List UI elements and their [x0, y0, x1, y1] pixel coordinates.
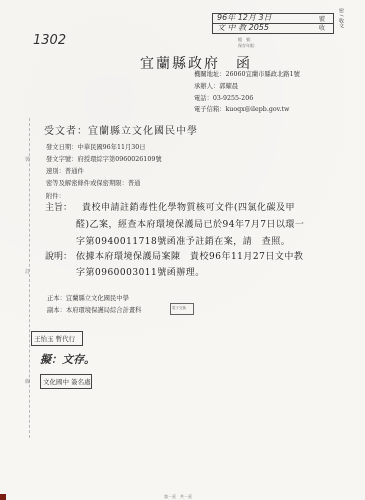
binding-char-2: 訂: [25, 268, 30, 275]
issue-number: 發文字號：府授環綜字第0960026109號: [46, 154, 162, 163]
binding-char-1: 裝: [25, 156, 30, 163]
handwritten-note: 擬：文存。: [40, 351, 95, 367]
scan-edge-mark: [0, 494, 6, 500]
retention-period-label: 保存年限：: [238, 43, 258, 49]
explanation-line-1: 依據本府環境保護局案陳 貴校96年11月27日文中教: [76, 249, 303, 266]
subject-line-1: 貴校申請註銷毒性化學物質核可文件(四氯化碳及甲: [82, 200, 295, 217]
acting-officer-stamp: 王怡玉 暫代行: [31, 331, 83, 346]
handwritten-file-number: 1302: [33, 33, 66, 48]
explanation-label: 說明：: [45, 249, 72, 262]
attachment: 附件：: [46, 191, 65, 200]
page-info: 第一頁 共一頁: [164, 494, 192, 500]
receipt-stamp: 96年 12月 3日 文 中 教 2055 號 收: [212, 13, 334, 34]
handler-name: 承辦人：郭耀晨: [194, 81, 238, 90]
receipt-stamp-suffix-1: 號: [319, 14, 325, 23]
receipt-stamp-suffix-2: 收: [319, 23, 325, 32]
phone-number: 電話：03-9255-206: [194, 93, 253, 102]
recipient: 受文者：宜蘭縣立文化國民中學: [44, 122, 198, 137]
school-signature-stamp: 文化國中 簽名處: [40, 374, 92, 389]
electronic-exchange-stamp: 電子交換: [170, 303, 194, 315]
copy-recipient: 副本：本府環境保護局綜合計畫科: [47, 305, 141, 314]
receipt-stamp-divider: [213, 23, 333, 24]
binding-char-3: 線: [25, 378, 30, 385]
binding-line: [29, 118, 30, 438]
delivery-speed: 速別：普通件: [46, 166, 84, 175]
subject-label: 主旨：: [45, 200, 72, 213]
email-address: 電子信箱：kuoqx@ilepb.gov.tw: [194, 104, 289, 113]
subject-line-2: 醛)乙案，經查本府環境保護局已於94年7月7日以環一: [76, 217, 304, 234]
receipt-side-mark: 密 / 收文: [338, 8, 345, 28]
original-recipient: 正本：宜蘭縣立文化國民中學: [47, 293, 129, 302]
classification: 密等及解密條件或保密期限：普通: [46, 178, 140, 187]
scanned-document-page: 1302 96年 12月 3日 文 中 教 2055 號 收 密 / 收文 檔 …: [0, 0, 365, 500]
explanation-line-2: 字第0960003011號函辦理。: [76, 265, 205, 282]
issue-date: 發文日期：中華民國96年11月30日: [46, 142, 146, 151]
agency-address: 機關地址：26060宜蘭市縣政北路1號: [194, 69, 300, 78]
